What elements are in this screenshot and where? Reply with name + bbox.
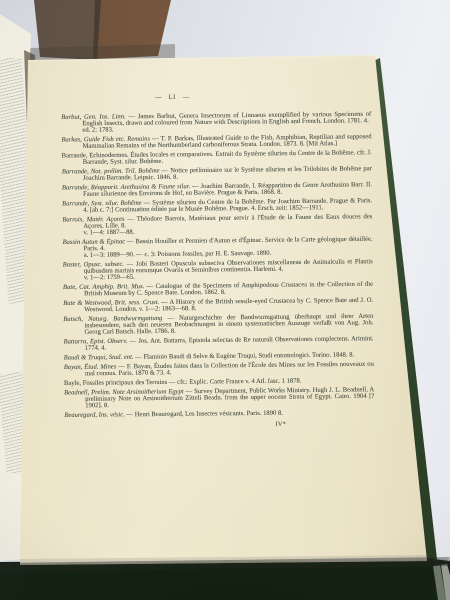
bibliography-entry: Battarra, Epist. Observ. — Jos. Ant. Bat… [64,335,374,351]
entry-volume-note: v. 1—4: 1887—88. [83,226,372,236]
bibliography-entry: Barrande, Syst. silur. Bohême — Système … [62,197,372,213]
bibliography-entry: Barbut, Gen. Ins. Linn. — James Barbut, … [61,110,371,133]
entry-citation-key: Beauregard, Ins. vésic. [64,410,125,418]
entry-text: — Henri Beauregard, Les Insectes vésican… [126,409,282,418]
bibliography-entry: Baudi & Truqui, Stud. ent. — Flaminio Ba… [64,351,374,361]
bibliography-entry: Barrois, Matér. Açores — Théodore Barroi… [62,213,372,236]
bibliography-entry: Barrande, Not. prélim. Tril. Bohême — No… [62,165,372,181]
bibliography-entry: Baster, Opusc. subsec. — Jobi Basteri Op… [63,258,373,281]
bibliography-entries: Barbut, Gen. Ins. Linn. — James Barbut, … [61,110,374,418]
book-photo-scene: — LI — Barbut, Gen. Ins. Linn. — James B… [0,0,450,600]
bibliography-entry: Bate & Westwood, Brit. sess. Crust. — A … [63,296,373,312]
page-number: — LI — [155,91,371,101]
bibliography-entry: Barrande, Réapparit. Arethusina & Faune … [62,181,372,197]
entry-citation-key: Baudi & Truqui, Stud. ent. [64,353,134,361]
bibliography-entry: Barkas, Guide Fish etc. Remains — T. P. … [61,133,371,149]
bibliography-entry: Bayle, Fossiles principaux des Terrains … [64,376,374,386]
entry-text: — Jos. Ant. Battarra, Epistola selectas … [85,334,374,351]
entry-citation-key: Bayle, Fossiles principaux des Terrains [64,378,167,387]
bibliography-entry: Beadnell, Prelim. Note Arsinoitherium Eg… [64,386,374,409]
entry-volume-note: a. 1—3: 1889—90. — c. 3: Poissons fossil… [84,248,373,258]
bibliography-entry: Bate, Cat. Amphip. Brit. Mus. — Catalogu… [63,280,373,296]
page-text-block: — LI — Barbut, Gen. Ins. Linn. — James B… [61,91,375,430]
entry-text: — Flaminio Baudi di Selve & Eugène Truqu… [135,350,354,360]
entry-text: — F. Bayan, Études faites dans la Collec… [85,360,374,377]
entry-text: — cfr.: Explic. Carte France v. 4 Atl. f… [169,376,302,385]
bibliography-entry: Beauregard, Ins. vésic. — Henri Beaurega… [64,408,374,418]
bibliography-entry: Batsch, Naturg. Bandwurmgattung — Naturg… [63,312,373,335]
signature-mark: IV* [275,419,374,428]
bibliography-entry: Bayan, Étud. Mines — F. Bayan, Études fa… [64,360,374,376]
bibliography-entry: Barrande, Echinodermes. Études locales e… [62,149,372,165]
bibliography-entry: Bassin Autun & Épinac — Bassin Houiller … [63,235,373,258]
